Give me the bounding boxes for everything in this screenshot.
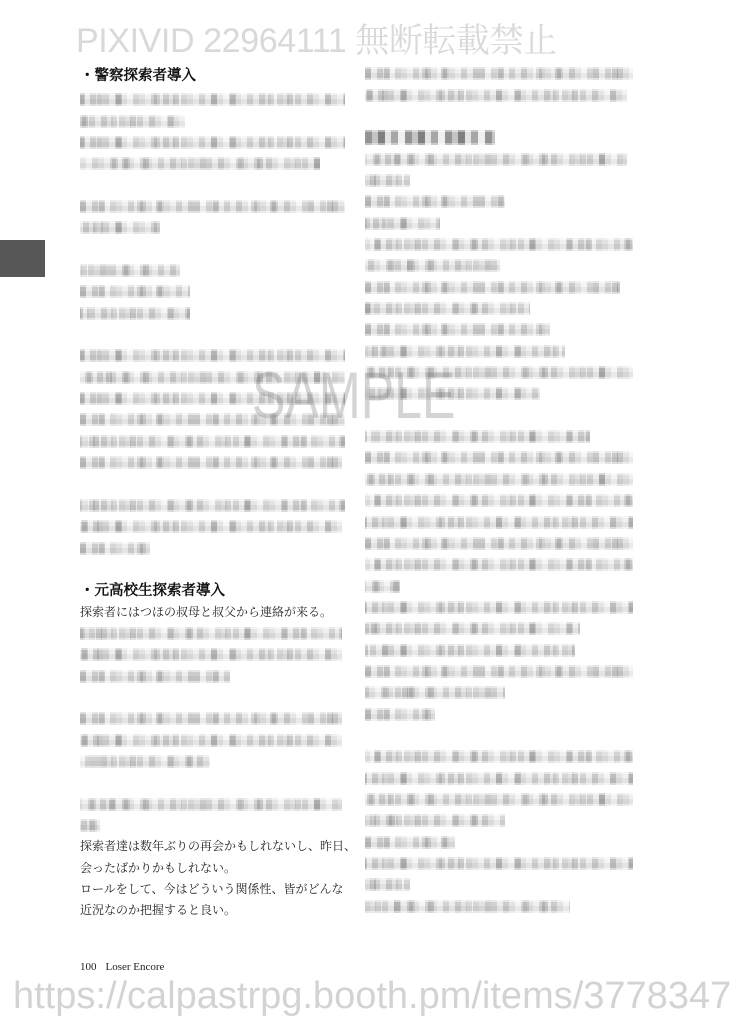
redacted-text-line [365, 191, 635, 212]
redacted-text-line [365, 277, 635, 298]
paragraph-gap [80, 772, 348, 793]
redacted-text-line [80, 281, 348, 302]
left-column: ・警察探索者導入 ・元高校生探索者導入 探索者にはつほの叔母と叔父から連絡が来る… [80, 63, 348, 921]
redacted-text-line [80, 730, 348, 751]
redacted-text-line [80, 452, 348, 473]
redacted-text-line [80, 516, 348, 537]
book-title: Loser Encore [106, 961, 165, 973]
redacted-text-line [365, 640, 635, 661]
paragraph-gap [80, 687, 348, 708]
paragraph-gap [365, 725, 635, 746]
redacted-text-line [365, 618, 635, 639]
section-heading-former-student-investigator: ・元高校生探索者導入 [80, 580, 348, 601]
redacted-text-line [80, 303, 348, 324]
redacted-text-line [80, 751, 348, 772]
redacted-text-line [365, 896, 635, 917]
redacted-text-line [365, 746, 635, 767]
paragraph-gap [80, 473, 348, 494]
section-heading-police-investigator: ・警察探索者導入 [80, 63, 348, 89]
redacted-text-line [365, 810, 635, 831]
paragraph-gap [365, 106, 635, 127]
redacted-text-line [80, 196, 348, 217]
redacted-text-line [80, 815, 348, 836]
redacted-text-line [365, 853, 635, 874]
sample-watermark: SAMPLE [252, 362, 456, 428]
body-text-line: 会ったばかりかもしれない。 [80, 858, 348, 879]
redacted-text-line [80, 538, 348, 559]
right-column [365, 63, 635, 917]
pixiv-id-watermark: PIXIVID 22964111 無断転載禁止 [76, 24, 557, 58]
page-footer: 100Loser Encore [80, 960, 164, 974]
paragraph-gap [80, 239, 348, 260]
booth-url-watermark: https://calpastrpg.booth.pm/items/377834… [13, 977, 731, 1015]
body-text-line: 探索者にはつほの叔母と叔父から連絡が来る。 [80, 602, 348, 623]
body-text-line: ロールをして、今はどういう関係性、皆がどんな [80, 879, 348, 900]
body-text-line: 探索者達は数年ぶりの再会かもしれないし、昨日、 [80, 836, 348, 857]
redacted-text-line [365, 490, 635, 511]
redacted-text-line [365, 832, 635, 853]
redacted-text-line [365, 63, 635, 84]
redacted-text-line [80, 623, 348, 644]
redacted-text-line [80, 495, 348, 516]
redacted-text-line [365, 85, 635, 106]
redacted-text-line [365, 554, 635, 575]
redacted-text-line [365, 447, 635, 468]
document-page: PIXIVID 22964111 無断転載禁止 SAMPLE https://c… [0, 0, 739, 1024]
redacted-text-line [365, 533, 635, 554]
redacted-text-line [365, 255, 635, 276]
paragraph-gap [80, 559, 348, 580]
chapter-index-tab [0, 240, 45, 277]
redacted-text-line [365, 170, 635, 191]
redacted-text-line [80, 217, 348, 238]
redacted-text-line [80, 708, 348, 729]
redacted-text-line [365, 874, 635, 895]
paragraph-gap [80, 175, 348, 196]
redacted-text-line [80, 644, 348, 665]
redacted-text-line [365, 682, 635, 703]
redacted-text-line [365, 704, 635, 725]
redacted-text-line [365, 789, 635, 810]
redacted-text-line [365, 213, 635, 234]
redacted-text-line [365, 768, 635, 789]
redacted-text-line [80, 89, 348, 110]
redacted-section-heading [365, 127, 635, 148]
redacted-text-line [80, 153, 348, 174]
page-number: 100 [80, 961, 97, 973]
paragraph-gap [80, 324, 348, 345]
redacted-text-line [80, 260, 348, 281]
redacted-text-line [365, 512, 635, 533]
redacted-text-line [80, 132, 348, 153]
body-text-line: 近況なのか把握すると良い。 [80, 900, 348, 921]
redacted-text-line [365, 298, 635, 319]
redacted-text-line [365, 469, 635, 490]
redacted-text-line [80, 794, 348, 815]
redacted-text-line [80, 111, 348, 132]
redacted-text-line [365, 576, 635, 597]
redacted-text-line [365, 597, 635, 618]
redacted-text-line [80, 431, 348, 452]
redacted-text-line [365, 234, 635, 255]
redacted-text-line [365, 319, 635, 340]
redacted-text-line [80, 666, 348, 687]
redacted-text-line [365, 661, 635, 682]
redacted-text-line [365, 149, 635, 170]
